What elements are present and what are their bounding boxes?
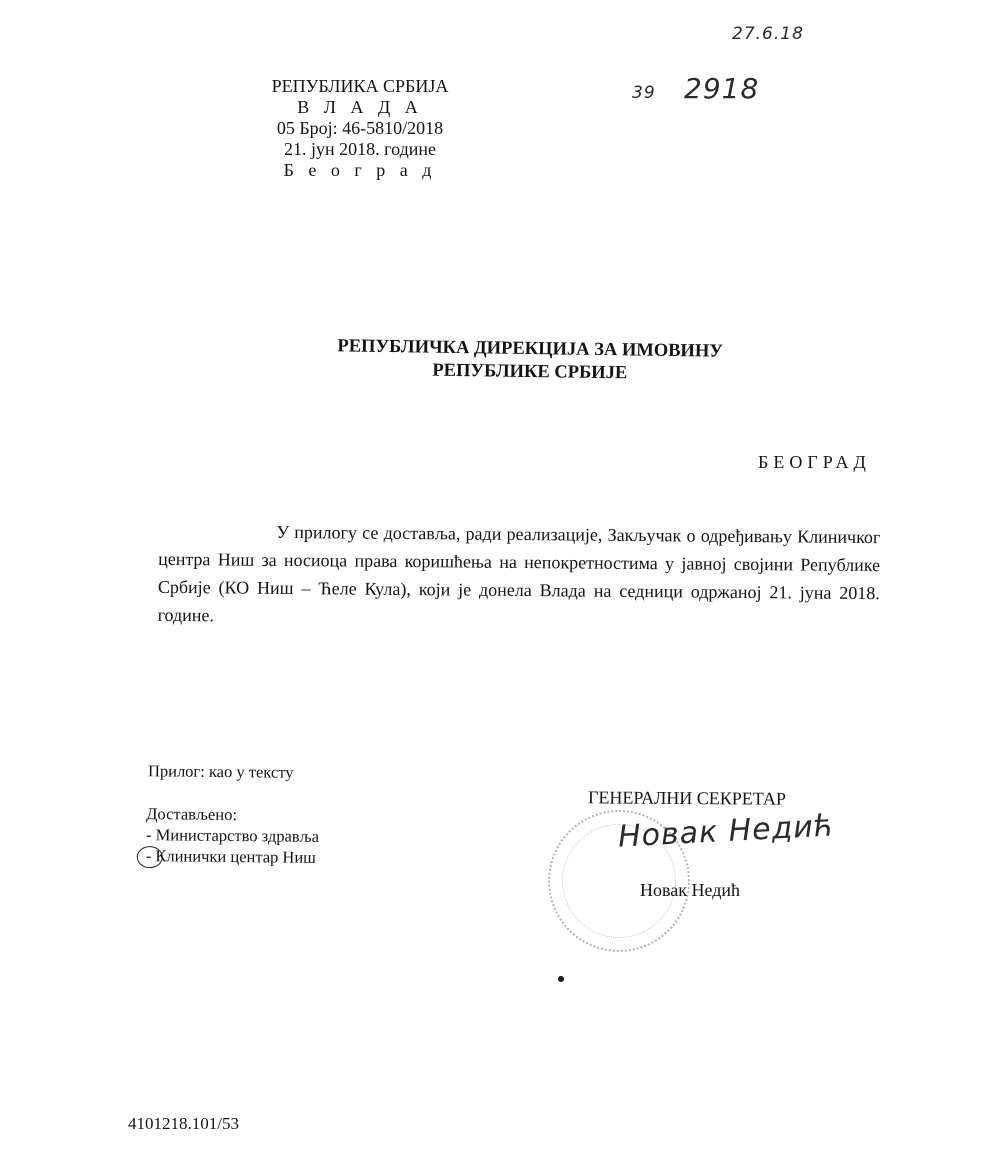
ink-dot (558, 976, 564, 982)
signature-title: ГЕНЕРАЛНИ СЕКРЕТАР (588, 787, 786, 809)
header-reference: 05 Број: 46-5810/2018 (240, 118, 480, 139)
delivery-list: Достављено: - Министарство здравља - Кли… (146, 803, 320, 868)
handwritten-registry-number: 39 2918 (632, 72, 759, 105)
handwritten-number-prefix: 39 (632, 83, 656, 103)
delivery-item-circled: - Клинички центар Ниш (146, 845, 319, 868)
letter-body: У прилогу се доставља, ради реализације,… (158, 517, 881, 635)
handwritten-receipt-date: 27.6.18 (732, 24, 804, 44)
header-date: 21. јун 2018. године (240, 139, 480, 160)
sender-header: РЕПУБЛИКА СРБИЈА В Л А Д А 05 Број: 46-5… (240, 76, 480, 181)
body-paragraph: У прилогу се доставља, ради реализације,… (158, 517, 881, 635)
recipient-city: БЕОГРАД (758, 452, 871, 473)
handwritten-number: 2918 (684, 72, 759, 105)
header-country: РЕПУБЛИКА СРБИЈА (240, 76, 480, 97)
handwritten-signature: Новак Недић (617, 808, 835, 854)
signer-name: Новак Недић (640, 880, 740, 901)
delivery-title: Достављено: (146, 803, 319, 826)
header-city: Б е о г р а д (240, 160, 480, 181)
header-institution: В Л А Д А (240, 97, 480, 118)
document-code: 4101218.101/53 (128, 1114, 239, 1134)
attachment-note: Прилог: као у тексту (148, 761, 294, 783)
recipient-block: РЕПУБЛИЧКА ДИРЕКЦИЈА ЗА ИМОВИНУ РЕПУБЛИК… (300, 335, 761, 387)
delivery-item: - Министарство здравља (146, 824, 319, 847)
